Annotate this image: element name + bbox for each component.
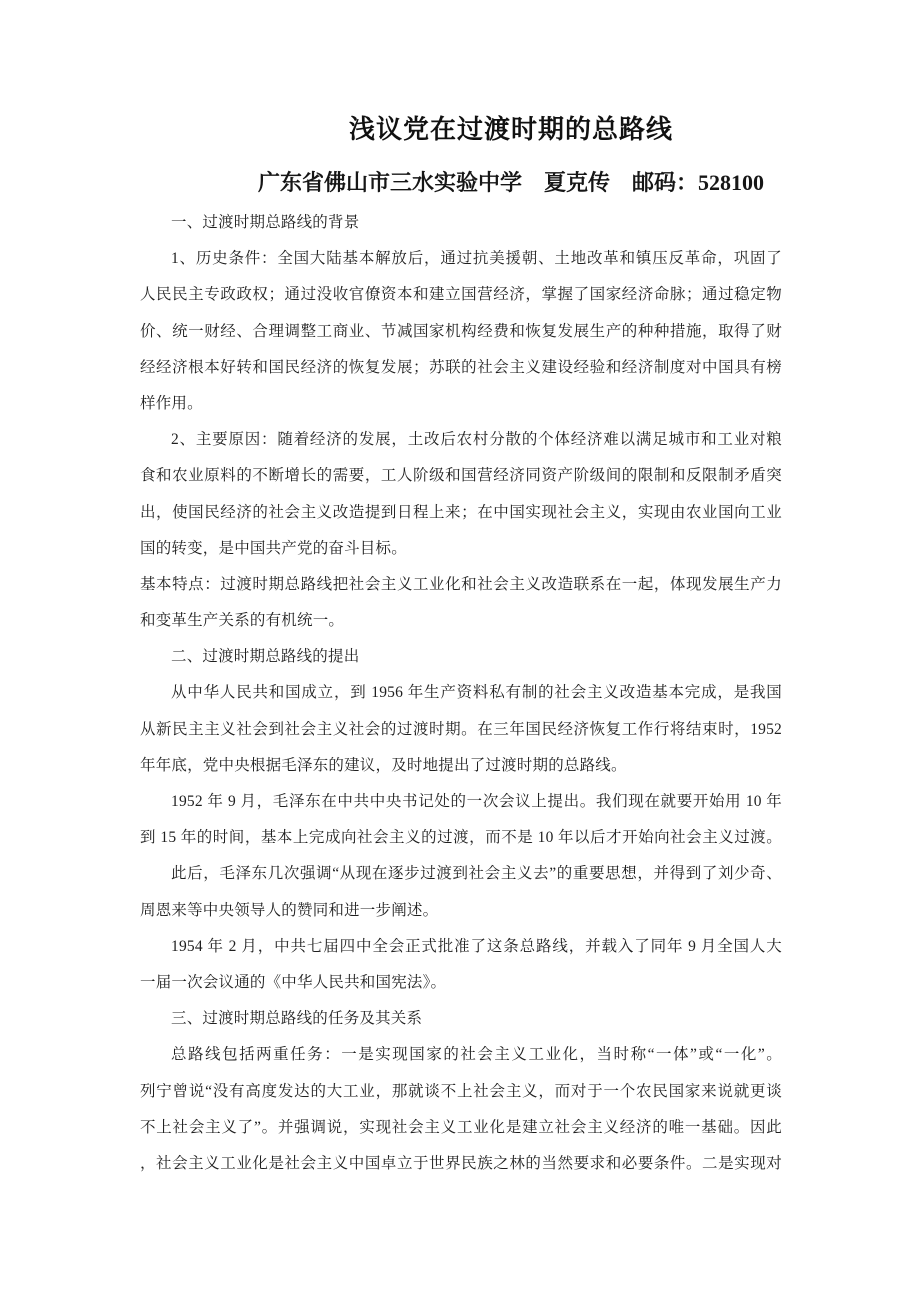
text-line: 和变革生产关系的有机统一。 (140, 603, 782, 639)
paragraph: 2、主要原因：随着经济的发展，土改后农村分散的个体经济难以满足城市和工业对粮食和… (140, 422, 782, 567)
section-heading: 二、过渡时期总路线的提出 (140, 639, 782, 675)
text-line: 1、历史条件：全国大陆基本解放后，通过抗美援朝、土地改革和镇压反革命，巩固了 (140, 241, 782, 277)
text-line: 国的转变，是中国共产党的奋斗目标。 (140, 531, 782, 567)
section-heading: 三、过渡时期总路线的任务及其关系 (140, 1001, 782, 1037)
text-line: 从中华人民共和国成立，到 1956 年生产资料私有制的社会主义改造基本完成，是我… (140, 675, 782, 711)
paragraph: 1954 年 2 月，中共七届四中全会正式批准了这条总路线，并载入了同年 9 月… (140, 929, 782, 1001)
paragraph: 基本特点：过渡时期总路线把社会主义工业化和社会主义改造联系在一起，体现发展生产力… (140, 567, 782, 639)
text-line: ，社会主义工业化是社会主义中国卓立于世界民族之林的当然要求和必要条件。二是实现对 (140, 1146, 782, 1182)
text-line: 1954 年 2 月，中共七届四中全会正式批准了这条总路线，并载入了同年 9 月… (140, 929, 782, 965)
text-line: 一、过渡时期总路线的背景 (140, 205, 782, 241)
author-line: 广东省佛山市三水实验中学 夏克传 邮码：528100 (140, 166, 832, 200)
text-line: 列宁曾说“没有高度发达的大工业，那就谈不上社会主义，而对于一个农民国家来说就更谈 (140, 1074, 782, 1110)
text-line: 不上社会主义了”。并强调说，实现社会主义工业化是建立社会主义经济的唯一基础。因此 (140, 1110, 782, 1146)
text-line: 出，使国民经济的社会主义改造提到日程上来；在中国实现社会主义，实现由农业国向工业 (140, 495, 782, 531)
text-line: 价、统一财经、合理调整工商业、节减国家机构经费和恢复发展生产的种种措施，取得了财 (140, 314, 782, 350)
text-line: 经经济根本好转和国民经济的恢复发展；苏联的社会主义建设经验和经济制度对中国具有榜 (140, 350, 782, 386)
text-line: 样作用。 (140, 386, 782, 422)
text-line: 二、过渡时期总路线的提出 (140, 639, 782, 675)
text-line: 基本特点：过渡时期总路线把社会主义工业化和社会主义改造联系在一起，体现发展生产力 (140, 567, 782, 603)
text-line: 周恩来等中央领导人的赞同和进一步阐述。 (140, 893, 782, 929)
text-line: 人民民主专政政权；通过没收官僚资本和建立国营经济，掌握了国家经济命脉；通过稳定物 (140, 277, 782, 313)
paragraph: 1、历史条件：全国大陆基本解放后，通过抗美援朝、土地改革和镇压反革命，巩固了人民… (140, 241, 782, 422)
text-line: 一届一次会议通的《中华人民共和国宪法》。 (140, 965, 782, 1001)
page-title: 浅议党在过渡时期的总路线 (140, 110, 832, 150)
paragraph: 此后，毛泽东几次强调“从现在逐步过渡到社会主义去”的重要思想，并得到了刘少奇、周… (140, 856, 782, 928)
text-line: 此后，毛泽东几次强调“从现在逐步过渡到社会主义去”的重要思想，并得到了刘少奇、 (140, 856, 782, 892)
section-heading: 一、过渡时期总路线的背景 (140, 205, 782, 241)
text-line: 食和农业原料的不断增长的需要，工人阶级和国营经济同资产阶级间的限制和反限制矛盾突 (140, 458, 782, 494)
text-line: 年年底，党中央根据毛泽东的建议，及时地提出了过渡时期的总路线。 (140, 748, 782, 784)
text-line: 从新民主主义社会到社会主义社会的过渡时期。在三年国民经济恢复工作行将结束时，19… (140, 712, 782, 748)
text-line: 三、过渡时期总路线的任务及其关系 (140, 1001, 782, 1037)
text-line: 2、主要原因：随着经济的发展，土改后农村分散的个体经济难以满足城市和工业对粮 (140, 422, 782, 458)
text-line: 总路线包括两重任务：一是实现国家的社会主义工业化，当时称“一体”或“一化”。 (140, 1037, 782, 1073)
paragraph: 从中华人民共和国成立，到 1956 年生产资料私有制的社会主义改造基本完成，是我… (140, 675, 782, 784)
paragraph: 总路线包括两重任务：一是实现国家的社会主义工业化，当时称“一体”或“一化”。列宁… (140, 1037, 782, 1182)
document-page: 浅议党在过渡时期的总路线 广东省佛山市三水实验中学 夏克传 邮码：528100 … (0, 0, 920, 1302)
document-body: 一、过渡时期总路线的背景1、历史条件：全国大陆基本解放后，通过抗美援朝、土地改革… (140, 205, 782, 1182)
text-line: 1952 年 9 月，毛泽东在中共中央书记处的一次会议上提出。我们现在就要开始用… (140, 784, 782, 820)
paragraph: 1952 年 9 月，毛泽东在中共中央书记处的一次会议上提出。我们现在就要开始用… (140, 784, 782, 856)
text-line: 到 15 年的时间，基本上完成向社会主义的过渡，而不是 10 年以后才开始向社会… (140, 820, 782, 856)
